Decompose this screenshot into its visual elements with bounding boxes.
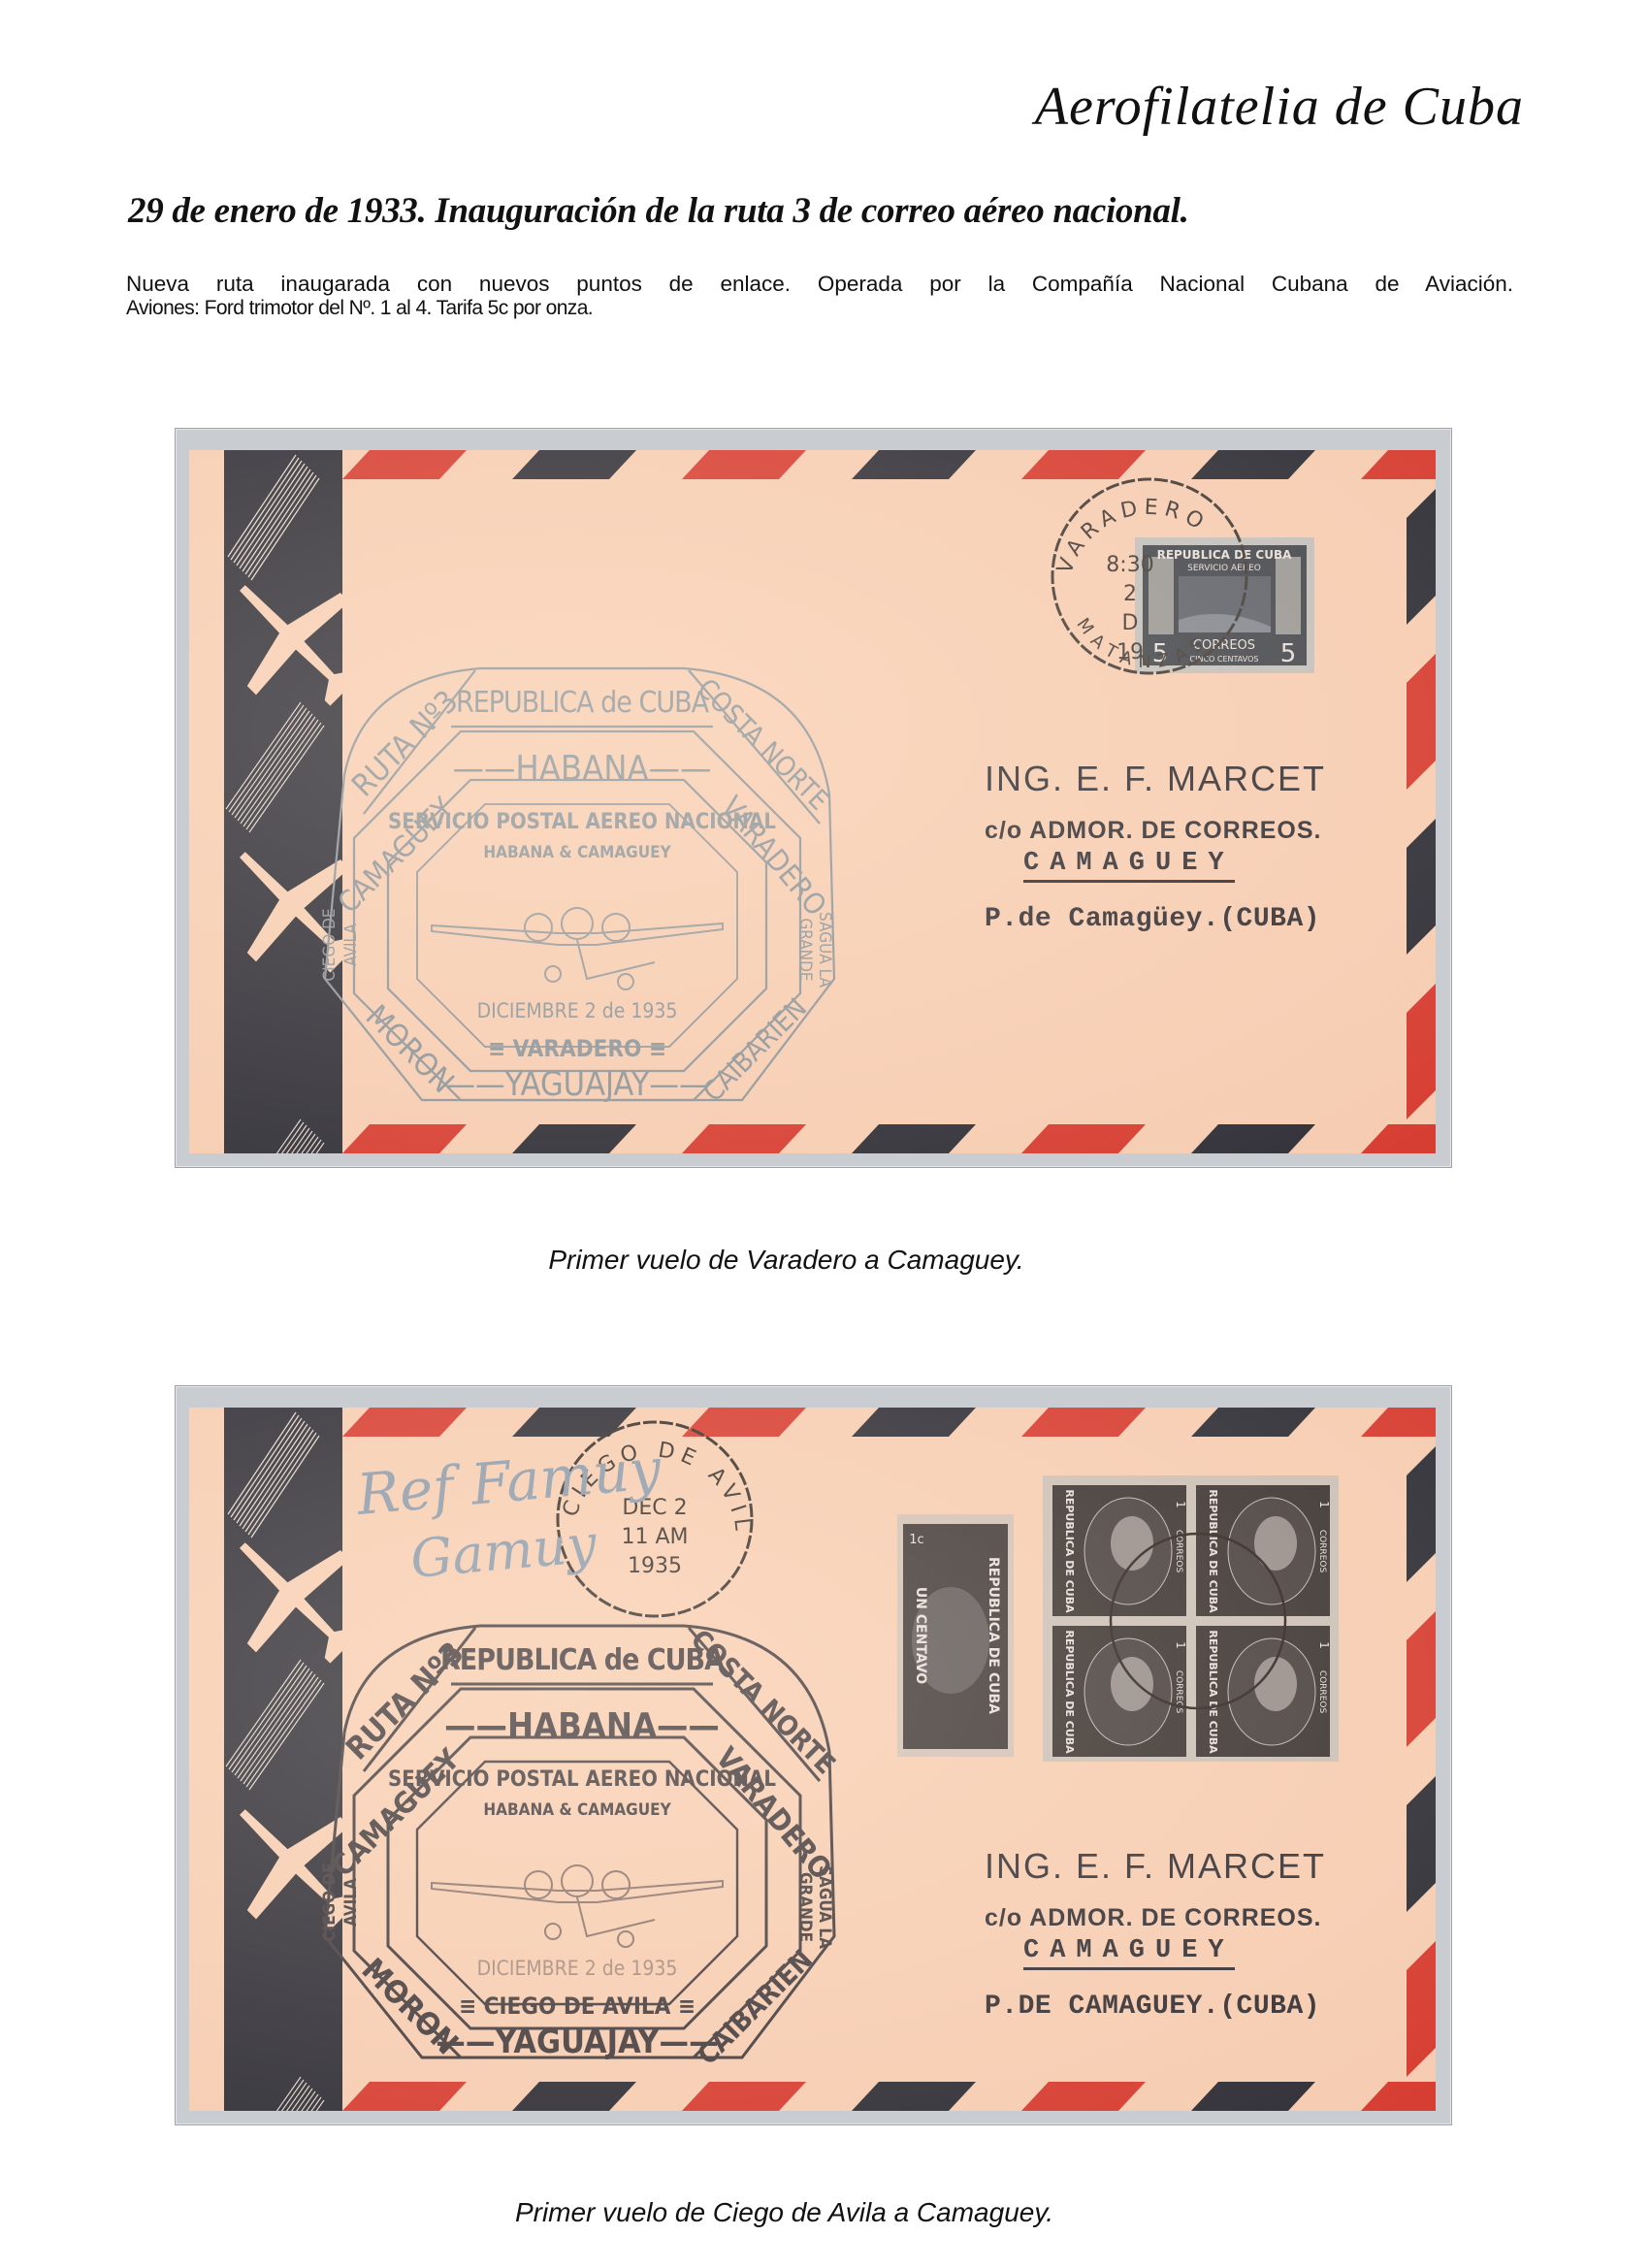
intro-line-1: Nueva ruta inaugarada con nuevos puntos … <box>126 272 1513 296</box>
svg-text:HABANA & CAMAGUEY: HABANA & CAMAGUEY <box>483 843 671 862</box>
svg-text:REPUBLICA DE CUBA: REPUBLICA DE CUBA <box>986 1557 1001 1714</box>
cover-2: REPUBLICA de CUBARUTA Nº3COSTA NORTE——HA… <box>175 1385 1452 2125</box>
svg-text:——YAGUAJAY——: ——YAGUAJAY—— <box>445 1065 708 1104</box>
airmail-side-band <box>196 450 392 1153</box>
intro-line-2: Aviones: Ford trimotor del Nº. 1 al 4. T… <box>126 296 1513 320</box>
svg-text:CIEGO DE: CIEGO DE <box>320 908 340 981</box>
svg-text:8:30: 8:30 <box>1106 553 1153 577</box>
recipient-city: CAMAGUEY <box>1023 1936 1235 1970</box>
care-of-line: c/o ADMOR. DE CORREOS. <box>985 1904 1326 1932</box>
recipient-address: ING. E. F. MARCET c/o ADMOR. DE CORREOS.… <box>985 1846 1326 2022</box>
svg-text:SAGUA LA: SAGUA LA <box>815 912 834 988</box>
svg-text:REPUBLICA de CUBA: REPUBLICA de CUBA <box>456 686 710 720</box>
svg-text:REPUBLICA de CUBA: REPUBLICA de CUBA <box>440 1643 725 1677</box>
svg-text:UN CENTAVO: UN CENTAVO <box>913 1587 928 1684</box>
svg-text:REPUBLICA DE CUBA: REPUBLICA DE CUBA <box>1157 548 1293 562</box>
svg-text:1: 1 <box>1174 1641 1187 1649</box>
svg-text:1c: 1c <box>909 1533 923 1547</box>
first-flight-cachet: REPUBLICA de CUBARUTA Nº3COSTA NORTE——HA… <box>320 668 835 1108</box>
svg-text:D: D <box>1122 611 1139 635</box>
svg-text:≡ CIEGO DE AVILA ≡: ≡ CIEGO DE AVILA ≡ <box>459 1993 696 2020</box>
recipient-address: ING. E. F. MARCET c/o ADMOR. DE CORREOS.… <box>985 759 1326 934</box>
svg-text:CORREOS: CORREOS <box>1317 1670 1327 1714</box>
recipient-region: P.de Camagüey.(CUBA) <box>985 904 1326 934</box>
svg-text:AVILA: AVILA <box>341 923 361 966</box>
svg-text:Gamuy: Gamuy <box>408 1512 600 1590</box>
svg-text:SERVICIO POSTAL AEREO NACIONAL: SERVICIO POSTAL AEREO NACIONAL <box>388 1767 776 1792</box>
svg-text:5: 5 <box>1280 639 1297 668</box>
svg-text:SERVICIO AEREO: SERVICIO AEREO <box>1187 564 1261 573</box>
svg-text:SERVICIO POSTAL AEREO NACIONAL: SERVICIO POSTAL AEREO NACIONAL <box>388 810 776 834</box>
svg-text:SAGUA LA: SAGUA LA <box>815 1865 834 1949</box>
svg-text:1935: 1935 <box>628 1554 682 1578</box>
cover-1-caption: Primer vuelo de Varadero a Camaguey. <box>0 1245 1611 1276</box>
recipient-name: ING. E. F. MARCET <box>985 1846 1326 1887</box>
cachet-plane-icon <box>432 1865 723 1947</box>
svg-text:DICIEMBRE 2 de 1935: DICIEMBRE 2 de 1935 <box>477 1957 678 1980</box>
svg-text:RUTA Nº3: RUTA Nº3 <box>344 683 466 804</box>
intro-text: Nueva ruta inaugarada con nuevos puntos … <box>126 272 1513 320</box>
cachet-plane-icon <box>432 908 723 989</box>
svg-text:HABANA & CAMAGUEY: HABANA & CAMAGUEY <box>483 1800 671 1820</box>
svg-text:——HABANA——: ——HABANA—— <box>444 1706 720 1746</box>
svg-text:REPUBLICA DE CUBA: REPUBLICA DE CUBA <box>1063 1630 1076 1754</box>
recipient-name: ING. E. F. MARCET <box>985 759 1326 799</box>
svg-text:1: 1 <box>1174 1501 1187 1508</box>
svg-text:——HABANA——: ——HABANA—— <box>453 749 712 789</box>
svg-text:2: 2 <box>1123 582 1137 606</box>
recipient-city: CAMAGUEY <box>1023 849 1235 883</box>
svg-text:DICIEMBRE 2 de 1935: DICIEMBRE 2 de 1935 <box>477 999 678 1022</box>
svg-text:CORREOS: CORREOS <box>1317 1530 1327 1573</box>
svg-text:RUTA Nº3: RUTA Nº3 <box>339 1635 471 1767</box>
first-flight-cachet: REPUBLICA de CUBARUTA Nº3COSTA NORTE——HA… <box>320 1623 842 2071</box>
svg-text:REPUBLICA DE CUBA: REPUBLICA DE CUBA <box>1207 1630 1219 1754</box>
signature: Ref Famuy <box>353 1436 664 1528</box>
cover-2-caption: Primer vuelo de Ciego de Avila a Camague… <box>0 2197 1609 2228</box>
stamp-block-of-four: REPUBLICA DE CUBACORREOS1REPUBLICA DE CU… <box>1043 1475 1339 1762</box>
stamp-1c: REPUBLICA DE CUBACORREOS1 <box>1052 1626 1187 1757</box>
svg-text:CAMAGUEY: CAMAGUEY <box>326 1742 468 1884</box>
svg-text:1: 1 <box>1317 1641 1331 1649</box>
stamp-1c: REPUBLICA DE CUBACORREOS1 <box>1196 1485 1331 1616</box>
envelope: REPUBLICA de CUBARUTA Nº3COSTA NORTE——HA… <box>189 1408 1436 2111</box>
svg-text:REPUBLICA DE CUBA: REPUBLICA DE CUBA <box>1063 1489 1076 1613</box>
envelope: REPUBLICA de CUBARUTA Nº3COSTA NORTE——HA… <box>189 450 1436 1153</box>
svg-text:CIEGO DE: CIEGO DE <box>320 1863 340 1941</box>
svg-text:REPUBLICA DE CUBA: REPUBLICA DE CUBA <box>1207 1489 1219 1613</box>
header-title: Aerofilatelia de Cuba <box>1035 76 1524 138</box>
svg-text:11 AM: 11 AM <box>621 1525 688 1549</box>
svg-text:CAIBARIEN: CAIBARIEN <box>696 991 813 1108</box>
stamp-1c: REPUBLICA DE CUBACORREOS1 <box>1196 1626 1331 1757</box>
cover-1: REPUBLICA de CUBARUTA Nº3COSTA NORTE——HA… <box>175 428 1452 1168</box>
conference-stamp-1c: REPUBLICA DE CUBAUN CENTAVO1c <box>897 1514 1014 1757</box>
stamp-1c: REPUBLICA DE CUBACORREOS1 <box>1052 1485 1187 1616</box>
svg-text:——YAGUAJAY——: ——YAGUAJAY—— <box>436 2023 718 2061</box>
svg-text:1: 1 <box>1317 1501 1331 1508</box>
page-heading: 29 de enero de 1933. Inauguración de la … <box>128 190 1189 232</box>
svg-text:≡ VARADERO ≡: ≡ VARADERO ≡ <box>488 1035 666 1062</box>
care-of-line: c/o ADMOR. DE CORREOS. <box>985 817 1326 845</box>
svg-text:GRANDE: GRANDE <box>795 918 815 981</box>
svg-text:GRANDE: GRANDE <box>795 1872 815 1942</box>
recipient-region: P.DE CAMAGUEY.(CUBA) <box>985 1992 1326 2022</box>
svg-text:AVILA: AVILA <box>341 1878 361 1927</box>
